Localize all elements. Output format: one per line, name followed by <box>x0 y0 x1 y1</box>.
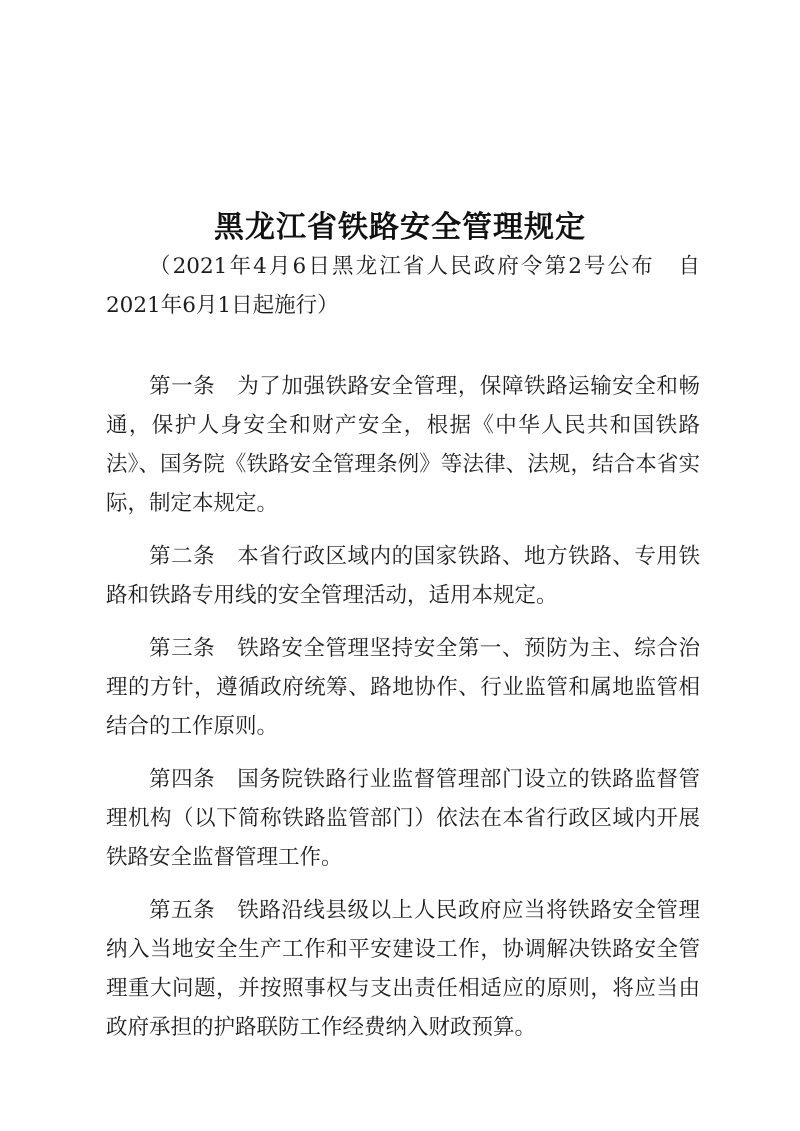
articles-list: 第一条为了加强铁路安全管理，保障铁路运输安全和畅通，保护人身安全和财产安全，根据… <box>106 367 700 1061</box>
article-number: 第五条 <box>149 898 215 923</box>
document-page: 黑龙江省铁路安全管理规定 （2021年4月6日黑龙江省人民政府令第2号公布 自2… <box>0 0 800 1131</box>
document-title: 黑龙江省铁路安全管理规定 <box>0 208 800 248</box>
article-number: 第二条 <box>149 544 215 569</box>
document-subtitle: （2021年4月6日黑龙江省人民政府令第2号公布 自2021年6月1日起施行） <box>106 247 700 325</box>
article-number: 第三条 <box>149 636 215 661</box>
article-4: 第四条国务院铁路行业监督管理部门设立的铁路监督管理机构（以下简称铁路监管部门）依… <box>106 760 700 877</box>
document-subtitle-block: （2021年4月6日黑龙江省人民政府令第2号公布 自2021年6月1日起施行） <box>106 247 700 325</box>
article-2: 第二条本省行政区域内的国家铁路、地方铁路、专用铁路和铁路专用线的安全管理活动，适… <box>106 537 700 615</box>
article-3: 第三条铁路安全管理坚持安全第一、预防为主、综合治理的方针，遵循政府统筹、路地协作… <box>106 629 700 746</box>
article-1: 第一条为了加强铁路安全管理，保障铁路运输安全和畅通，保护人身安全和财产安全，根据… <box>106 367 700 523</box>
article-5: 第五条铁路沿线县级以上人民政府应当将铁路安全管理纳入当地安全生产工作和平安建设工… <box>106 891 700 1047</box>
article-number: 第四条 <box>149 767 215 792</box>
article-number: 第一条 <box>149 374 215 399</box>
